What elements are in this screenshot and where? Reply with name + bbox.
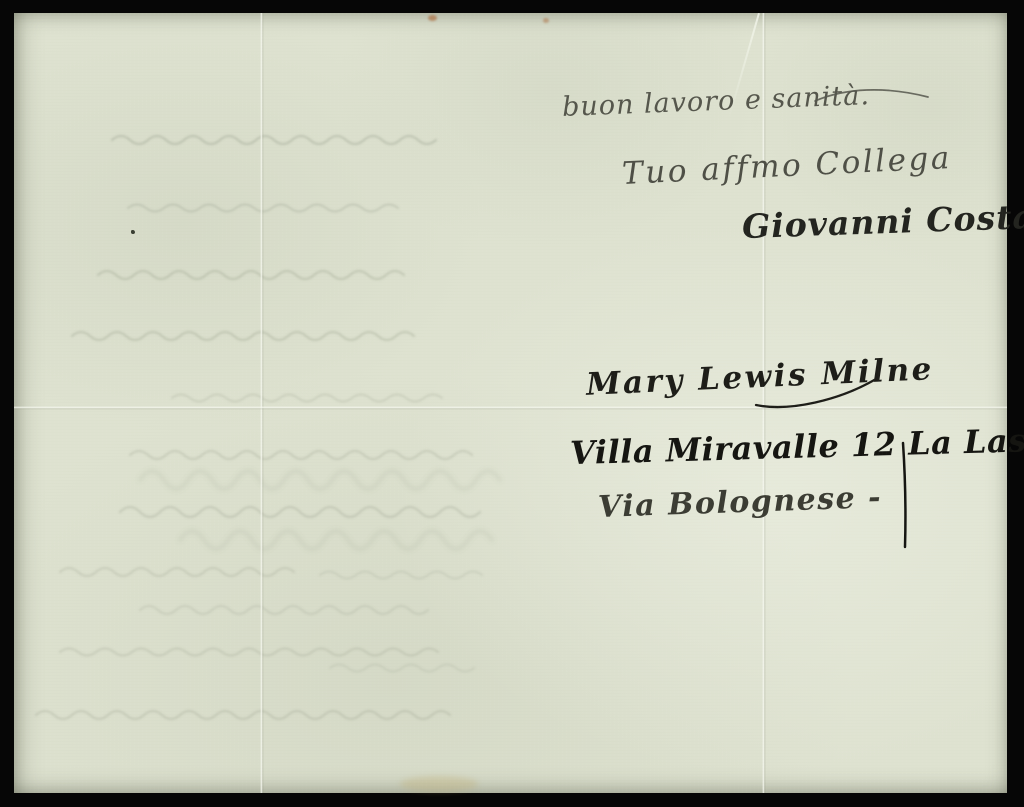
pen-underline-milne [756, 379, 876, 407]
address-line-2: Via Bolognese - [597, 480, 882, 525]
signature-giovanni-costa: Giovanni Costa [741, 197, 1024, 246]
foxing-stain [428, 15, 437, 21]
pen-flourish-sanita [815, 90, 928, 101]
paper-mottling [14, 13, 1007, 793]
fold-crease-vertical-right [762, 13, 766, 793]
bleed-through-text [14, 13, 1007, 793]
paper-sheet: buon lavoro e sanità. Tuo affmo Collega … [14, 13, 1007, 793]
letter-scan: buon lavoro e sanità. Tuo affmo Collega … [0, 0, 1024, 807]
pen-flourishes [14, 13, 1007, 793]
fold-crease-diagonal-top [728, 13, 760, 119]
pen-stroke-descender [903, 443, 905, 547]
closing-line-1: buon lavoro e sanità. [562, 80, 871, 123]
ink-fleck [131, 230, 135, 234]
recipient-name: Mary Lewis Milne [585, 351, 934, 403]
fold-crease-vertical-left [260, 13, 264, 793]
address-line-1: Villa Miravalle 12 La Lastra [570, 420, 1024, 472]
closing-line-2: Tuo affmo Collega [621, 140, 952, 192]
fold-crease-horizontal [14, 406, 1007, 410]
paper-grain [14, 13, 1007, 793]
bottom-stain [400, 776, 478, 792]
foxing-stain [543, 18, 549, 23]
